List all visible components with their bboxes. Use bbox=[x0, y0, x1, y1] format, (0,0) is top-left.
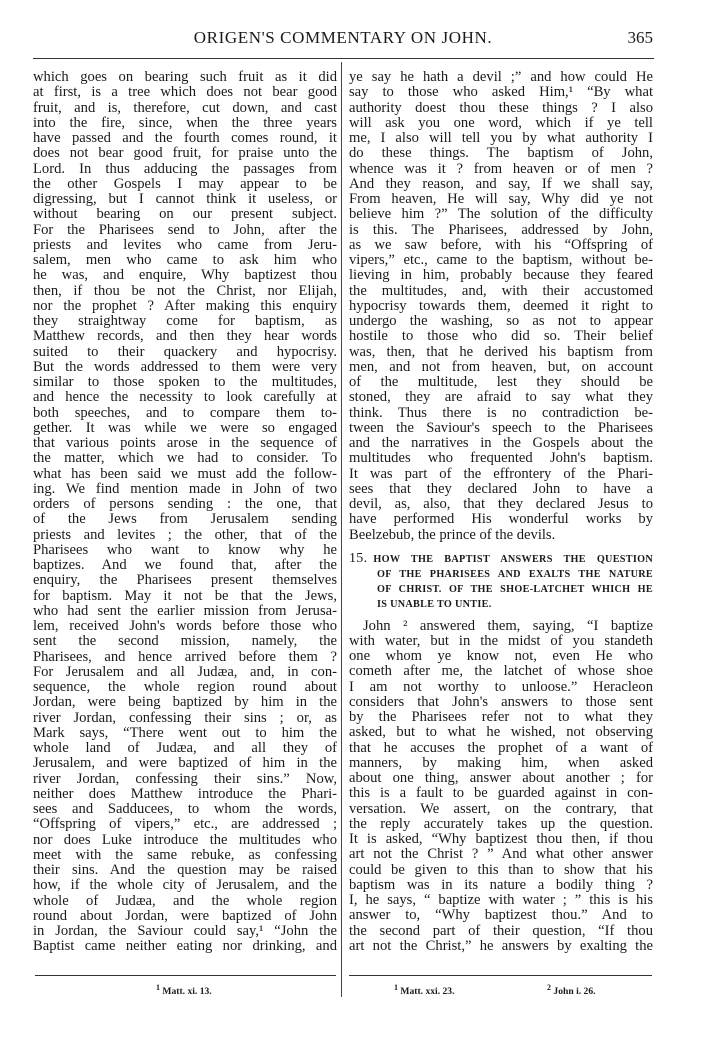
text-line: could be given to this than to show that… bbox=[349, 863, 653, 878]
text-line: Matthew records, and then they hear word… bbox=[33, 329, 337, 344]
text-line: without bearing on our present subject. bbox=[33, 207, 337, 222]
text-line: Jerusalem, and were baptized of him in t… bbox=[33, 756, 337, 771]
text-line: me, I also will tell you by what authori… bbox=[349, 131, 653, 146]
section-number: 15. bbox=[349, 551, 367, 566]
text-line: lieving in him, probably because they fe… bbox=[349, 268, 653, 283]
text-line: who had sent the earlier mission from Je… bbox=[33, 604, 337, 619]
text-line: river Jordan, confessing their sins.” No… bbox=[33, 772, 337, 787]
right-column-text-after-heading: John ² answered them, saying, “I baptize… bbox=[349, 619, 653, 955]
text-line: both speeches, and to compare them to- bbox=[33, 406, 337, 421]
section-heading-line: IS UNABLE TO UNTIE. bbox=[349, 597, 653, 612]
text-line: how, if the whole city of Jerusalem, and… bbox=[33, 878, 337, 893]
text-line: say to those who asked Him,¹ “By what bbox=[349, 85, 653, 100]
text-line: is this. The Pharisees, addressed by Joh… bbox=[349, 223, 653, 238]
text-line: men, and not from heaven, but, on accoun… bbox=[349, 360, 653, 375]
header-rule bbox=[33, 58, 654, 59]
text-line: Lord. In thus adducing the passages from bbox=[33, 162, 337, 177]
text-line: he was, and enquire, Why baptizest thou bbox=[33, 268, 337, 283]
text-line: of the multitude, lest they should be bbox=[349, 375, 653, 390]
text-line: whole land of Judæa, and all they of bbox=[33, 741, 337, 756]
text-line: river Jordan, confessing their sins ; or… bbox=[33, 711, 337, 726]
text-line: sequence, the whole region round about bbox=[33, 680, 337, 695]
text-line: salem, men who came to ask him who bbox=[33, 253, 337, 268]
text-line: manners, by making him, when asked bbox=[349, 756, 653, 771]
text-line: then, if thou be not the Christ, nor Eli… bbox=[33, 284, 337, 299]
column-divider bbox=[341, 62, 342, 997]
text-line: “Offspring of vipers,” etc., are address… bbox=[33, 817, 337, 832]
text-line: was, then, that he derived his baptism f… bbox=[349, 345, 653, 360]
text-line: enquiry, the Pharisees present themselve… bbox=[33, 573, 337, 588]
text-line: Pharisees, and hence arrived before them… bbox=[33, 650, 337, 665]
text-line: think. Thus there is no contradiction be… bbox=[349, 406, 653, 421]
text-line: Jordan, were being baptized by him in th… bbox=[33, 695, 337, 710]
running-title: ORIGEN'S COMMENTARY ON JOHN. bbox=[33, 28, 653, 48]
text-line: baptism was in its nature a bodily thing… bbox=[349, 878, 653, 893]
text-line: Pharisees who want to know why he bbox=[33, 543, 337, 558]
text-line: priests and levites who came from Jeru- bbox=[33, 238, 337, 253]
text-line: what has been said we must add the follo… bbox=[33, 467, 337, 482]
text-line: neither does Matthew introduce the Phari… bbox=[33, 787, 337, 802]
text-line: suited to their quackery and hypocrisy. bbox=[33, 345, 337, 360]
text-line: undergo the washing, so as not to appear bbox=[349, 314, 653, 329]
text-line: in Jordan, the Saviour could say,¹ “John… bbox=[33, 924, 337, 939]
text-line: priests and levites ; the other, that of… bbox=[33, 528, 337, 543]
text-line: they straightway come for baptism, as bbox=[33, 314, 337, 329]
text-line: that he accuses the prophet of a want of bbox=[349, 741, 653, 756]
text-line: art not the Christ,” he answers by exalt… bbox=[349, 939, 653, 954]
text-line: From heaven, He will say, Why did ye not bbox=[349, 192, 653, 207]
text-line: lem, received John's words before those … bbox=[33, 619, 337, 634]
text-line: Baptist came neither eating nor drinking… bbox=[33, 939, 337, 954]
left-column: which goes on bearing such fruit as it d… bbox=[33, 70, 337, 955]
text-line: round about Jordan, were baptized of Joh… bbox=[33, 909, 337, 924]
running-header: ORIGEN'S COMMENTARY ON JOHN. 365 bbox=[33, 26, 653, 54]
right-column: ye say he hath a devil ;” and how could … bbox=[349, 70, 653, 954]
text-line: orders of persons sending : the one, tha… bbox=[33, 497, 337, 512]
text-line: will ask you one word, which if ye tell bbox=[349, 116, 653, 131]
text-line: nor does Luke introduce the multitudes w… bbox=[33, 833, 337, 848]
section-heading-line: OF CHRIST. OF THE SHOE-LATCHET WHICH HE bbox=[349, 582, 653, 597]
text-line: about one thing, answer about another ; … bbox=[349, 771, 653, 786]
text-line: sees and Sadducees, to whom the words, bbox=[33, 802, 337, 817]
text-line: and hence the necessity to look carefull… bbox=[33, 390, 337, 405]
footnote-right-2: 2 John i. 26. bbox=[547, 986, 596, 997]
text-line: whence was it ? from heaven or of men ? bbox=[349, 162, 653, 177]
text-line: gether. It was while we were so engaged bbox=[33, 421, 337, 436]
text-line: with water, but in the midst of you stan… bbox=[349, 634, 653, 649]
text-line: devil, as, also, that they declared Jesu… bbox=[349, 497, 653, 512]
text-line: multitudes who frequented John's baptism… bbox=[349, 451, 653, 466]
text-line: art not the Christ ? ” And what other an… bbox=[349, 847, 653, 862]
text-line: sent the second mission, namely, the bbox=[33, 634, 337, 649]
text-line: ing. We find mention made in John of two bbox=[33, 482, 337, 497]
text-line: believe him ?” The solution of the diffi… bbox=[349, 207, 653, 222]
text-line: asked, but to what he wished, not observ… bbox=[349, 725, 653, 740]
text-line: versation. We assert, on the contrary, t… bbox=[349, 802, 653, 817]
text-line: digressing, but I cannot think it useles… bbox=[33, 192, 337, 207]
text-line: into the fire, since, when the three yea… bbox=[33, 116, 337, 131]
right-column-text-before-heading: ye say he hath a devil ;” and how could … bbox=[349, 70, 653, 543]
footnote-right-1: 1 Matt. xxi. 23. bbox=[394, 986, 455, 997]
page-number: 365 bbox=[628, 28, 654, 48]
text-line: have performed His wonderful works by bbox=[349, 512, 653, 527]
text-line: nor the prophet ? After making this enqu… bbox=[33, 299, 337, 314]
text-line: And they reason, and say, If we shall sa… bbox=[349, 177, 653, 192]
text-line: for baptism. May it not be that the Jews… bbox=[33, 589, 337, 604]
text-line: answer to, “Why baptizest thou.” And to bbox=[349, 908, 653, 923]
section-heading-line: OF THE PHARISEES AND EXALTS THE NATURE bbox=[349, 567, 653, 582]
text-line: sees that they declared John to have a bbox=[349, 482, 653, 497]
text-line: one whom ye know not, even He who bbox=[349, 649, 653, 664]
text-line: baptizes. And we found that, after the bbox=[33, 558, 337, 573]
text-line: meet with the same rebuke, as confessing bbox=[33, 848, 337, 863]
text-line: stoned, they are afraid to say what they bbox=[349, 390, 653, 405]
text-line: their sins. And the question may be rais… bbox=[33, 863, 337, 878]
text-line: the second part of their question, “If t… bbox=[349, 924, 653, 939]
text-line: does not bear good fruit, for praise unt… bbox=[33, 146, 337, 161]
text-line: by the Pharisees refer not to what they bbox=[349, 710, 653, 725]
text-line: I, he says, “ baptize with water ; ” thi… bbox=[349, 893, 653, 908]
text-line: the reply accurately takes up the questi… bbox=[349, 817, 653, 832]
text-line: whole of Judæa, and the whole region bbox=[33, 894, 337, 909]
text-line: I am not worthy to unloose.” Heracleon bbox=[349, 680, 653, 695]
text-line: and the narratives in the Gospels about … bbox=[349, 436, 653, 451]
text-line: It is asked, “Why baptizest thou then, i… bbox=[349, 832, 653, 847]
text-line: hypocrisy towards them, deemed it right … bbox=[349, 299, 653, 314]
text-line: authority doest thou these things ? I al… bbox=[349, 101, 653, 116]
text-line: ye say he hath a devil ;” and how could … bbox=[349, 70, 653, 85]
text-line: of the Jews from Jerusalem sending bbox=[33, 512, 337, 527]
text-line: have passed and the fourth comes round, … bbox=[33, 131, 337, 146]
text-line: the other Gospels I may appear to be bbox=[33, 177, 337, 192]
section-heading-line: 15.HOW THE BAPTIST ANSWERS THE QUESTION bbox=[349, 551, 653, 567]
text-line: Mark says, “There went out to him the bbox=[33, 726, 337, 741]
text-line: as we saw before, with his “Offspring of bbox=[349, 238, 653, 253]
text-line: Beelzebub, the prince of the devils. bbox=[349, 528, 653, 543]
text-line: vipers,” etc., came to the baptism, with… bbox=[349, 253, 653, 268]
text-line: that various points arose in the sequenc… bbox=[33, 436, 337, 451]
footnote-rule-right bbox=[349, 975, 652, 976]
footnote-rule-left bbox=[35, 975, 336, 976]
text-line: For Jerusalem and all Judæa, and, in con… bbox=[33, 665, 337, 680]
text-line: It was part of the effrontery of the Pha… bbox=[349, 467, 653, 482]
section-heading: 15.HOW THE BAPTIST ANSWERS THE QUESTION … bbox=[349, 551, 653, 613]
text-line: the matter, which we had to consider. To bbox=[33, 451, 337, 466]
text-line: For the Pharisees send to John, after th… bbox=[33, 223, 337, 238]
text-line: at first, is a tree which does not bear … bbox=[33, 85, 337, 100]
text-line: do these things. The baptism of John, bbox=[349, 146, 653, 161]
footnote-left-1: 1 Matt. xi. 13. bbox=[156, 986, 212, 997]
text-line: cometh after me, the latchet of whose sh… bbox=[349, 664, 653, 679]
text-line: considers that John's answers to those s… bbox=[349, 695, 653, 710]
text-line: the multitudes, and, with their accustom… bbox=[349, 284, 653, 299]
text-line: tween the Saviour's speech to the Pharis… bbox=[349, 421, 653, 436]
text-line: fruit, and is, therefore, cut down, and … bbox=[33, 101, 337, 116]
text-line: But the words addressed to them were ver… bbox=[33, 360, 337, 375]
text-line: hostile to those who did so. Their belie… bbox=[349, 329, 653, 344]
text-line: which goes on bearing such fruit as it d… bbox=[33, 70, 337, 85]
text-line: similar to those spoken to the multitude… bbox=[33, 375, 337, 390]
text-line: John ² answered them, saying, “I baptize bbox=[349, 619, 653, 634]
text-line: this is a fault to be guarded against in… bbox=[349, 786, 653, 801]
